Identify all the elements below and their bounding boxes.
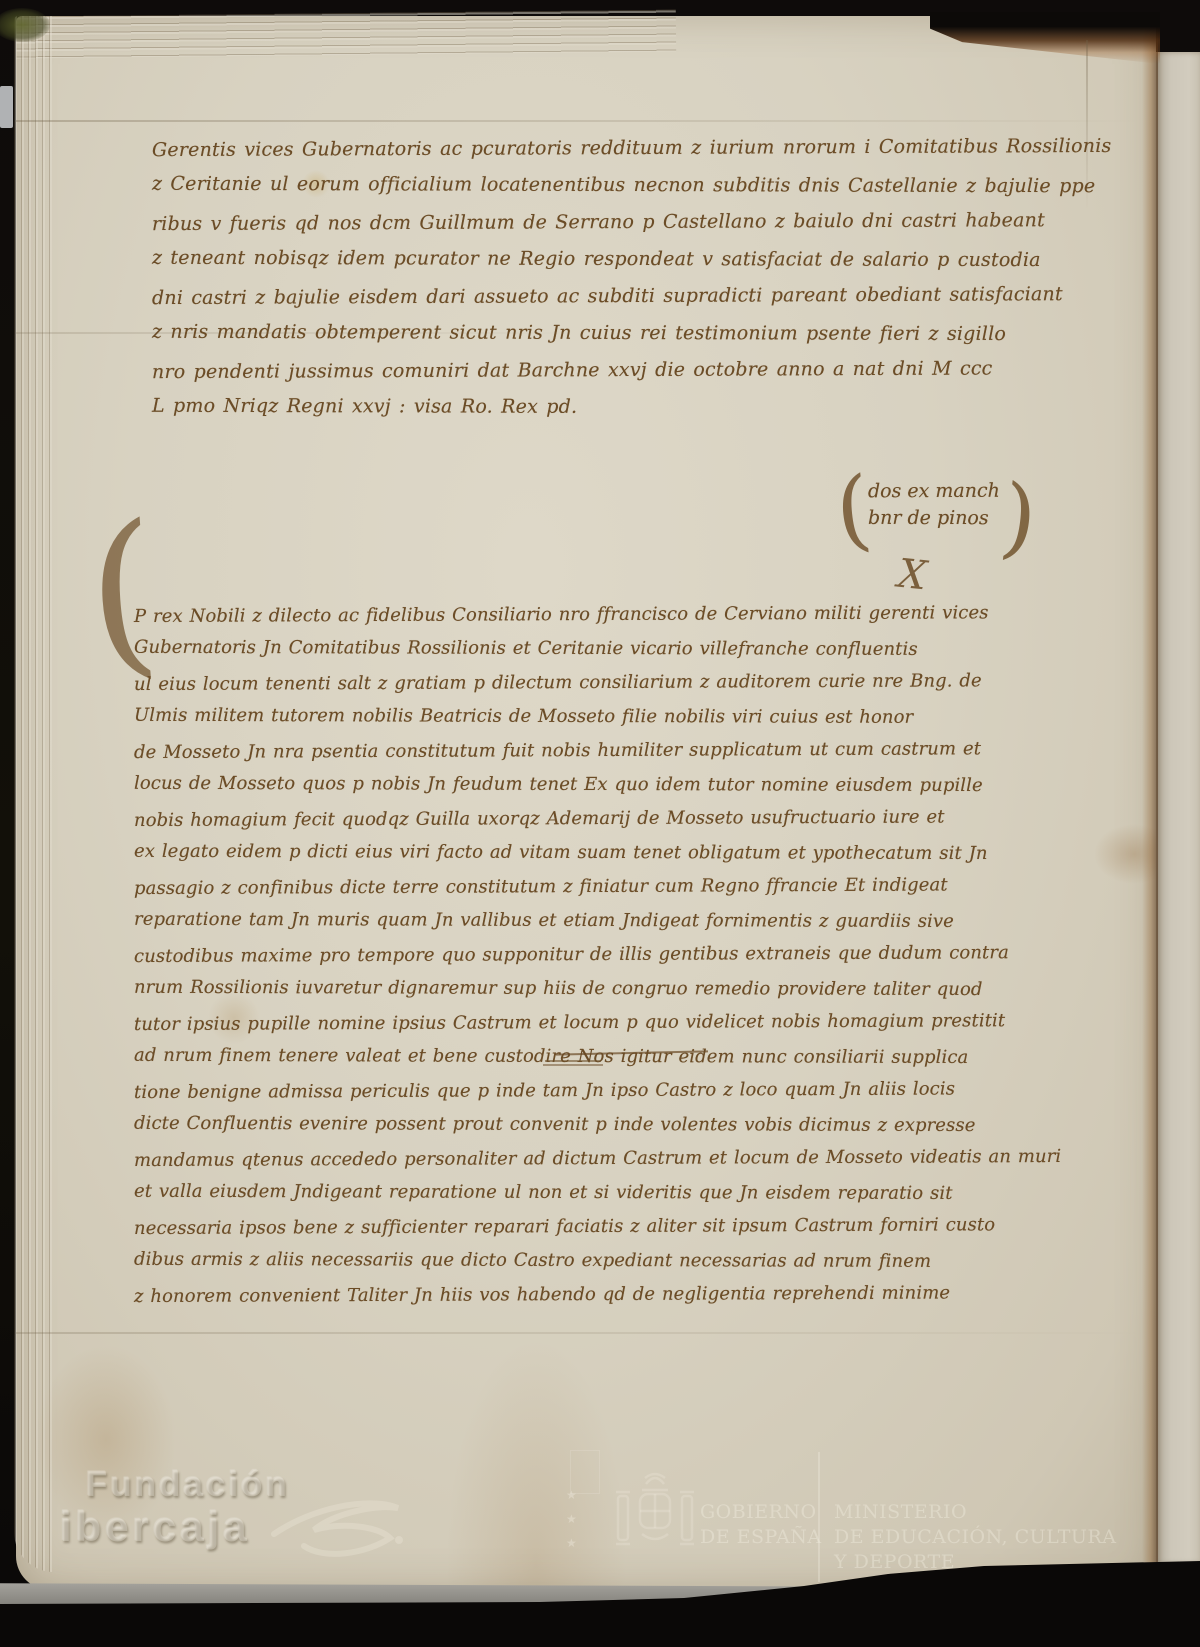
- page-right-edge-shadow: [1142, 20, 1158, 1568]
- manuscript-line: z honorem convenient Taliter Jn hiis vos…: [134, 1276, 1061, 1314]
- fundacion-watermark-line2: ibercaja: [60, 1504, 290, 1550]
- eu-star-icon: ★: [566, 1536, 577, 1550]
- underline-stroke: [543, 1064, 603, 1066]
- crease-line: [16, 1332, 1144, 1334]
- manuscript-line: custodibus maxime pro tempore quo suppon…: [134, 936, 1061, 974]
- manuscript-line: locus de Mosseto quos p nobis Jn feudum …: [134, 767, 1061, 803]
- manuscript-line: de Mosseto Jn nra psentia constitutum fu…: [134, 732, 1061, 770]
- adjacent-page-edge: [1156, 52, 1200, 1564]
- ibercaja-swirl-icon: [268, 1488, 414, 1568]
- margin-note: dos ex manch bnr de pinos: [868, 478, 1000, 532]
- eu-star-icon: ★: [566, 1512, 577, 1526]
- ministerio-line1: MINISTERIO: [834, 1500, 1116, 1525]
- margin-note-line: dos ex manch: [868, 478, 1000, 506]
- manuscript-line: necessaria ipsos bene z sufficienter rep…: [134, 1208, 1061, 1246]
- manuscript-line: dni castri z bajulie eisdem dari assueto…: [152, 276, 1112, 317]
- manuscript-line: dicte Confluentis evenire possent prout …: [134, 1107, 1061, 1143]
- ministerio-watermark-text: MINISTERIO DE EDUCACIÓN, CULTURA Y DEPOR…: [834, 1500, 1116, 1575]
- crease-line: [16, 120, 1144, 122]
- text-block-mandate-letter: P rex Nobili z dilecto ac fidelibus Cons…: [134, 598, 1061, 1312]
- leaf-edges-left: [14, 16, 54, 1572]
- ministerio-line3: Y DEPORTE: [834, 1550, 1116, 1575]
- manuscript-line: reparatione tam Jn muris quam Jn vallibu…: [134, 903, 1061, 939]
- spain-coat-of-arms-icon: [612, 1468, 698, 1568]
- manuscript-line: L pmo Nriqz Regni xxvj : visa Ro. Rex pd…: [152, 388, 1112, 428]
- gobierno-ministerio-watermark: ★ ★ ★ GOBIERNO DE ESPAÑA MINISTERIO DE E…: [562, 1448, 1162, 1628]
- manuscript-line: passagio z confinibus dicte terre consti…: [134, 868, 1061, 906]
- manuscript-line: P rex Nobili z dilecto ac fidelibus Cons…: [134, 596, 1061, 634]
- ministerio-line2: DE EDUCACIÓN, CULTURA: [834, 1525, 1116, 1550]
- eu-star-icon: ★: [566, 1488, 577, 1502]
- section-flourish-mark: X: [896, 551, 929, 600]
- fundacion-ibercaja-watermark: Fundación ibercaja: [60, 1466, 290, 1550]
- manuscript-line: dibus armis z aliis necessariis que dict…: [134, 1243, 1061, 1279]
- manuscript-line: nrum Rossilionis iuvaretur dignaremur su…: [134, 971, 1061, 1007]
- manuscript-photo: Gerentis vices Gubernatoris ac pcuratori…: [0, 0, 1200, 1647]
- manuscript-line: Gubernatoris Jn Comitatibus Rossilionis …: [134, 631, 1061, 667]
- gobierno-line1: GOBIERNO: [700, 1500, 822, 1525]
- manuscript-line: z teneant nobisqz idem pcurator ne Regio…: [152, 240, 1112, 280]
- manuscript-line: z nris mandatis obtemperent sicut nris J…: [152, 314, 1112, 354]
- manuscript-line: mandamus qtenus accededo personaliter ad…: [134, 1140, 1061, 1178]
- manuscript-line: et valla eiusdem Jndigeant reparatione u…: [134, 1175, 1061, 1211]
- manuscript-line: z Ceritanie ul eorum officialium locaten…: [152, 166, 1112, 206]
- fundacion-watermark-line1: Fundación: [86, 1466, 290, 1504]
- manuscript-line: tione benigne admissa periculis que p in…: [134, 1072, 1061, 1110]
- margin-note-line: bnr de pinos: [868, 505, 1000, 532]
- leaf-edges-top: [16, 10, 676, 59]
- manuscript-line: Gerentis vices Gubernatoris ac pcuratori…: [152, 128, 1112, 169]
- watermark-divider-line: [818, 1452, 820, 1582]
- manuscript-line: nobis homagium fecit quodqz Guilla uxorq…: [134, 800, 1061, 838]
- gobierno-line2: DE ESPAÑA: [700, 1525, 822, 1550]
- left-edge-sliver: [0, 86, 13, 128]
- manuscript-line: ex legato eidem p dicti eius viri facto …: [134, 835, 1061, 871]
- manuscript-line: ad nrum finem tenere valeat et bene cust…: [134, 1039, 1061, 1075]
- manuscript-line: Ulmis militem tutorem nobilis Beatricis …: [134, 699, 1061, 735]
- manuscript-line: ul eius locum tenenti salt z gratiam p d…: [134, 664, 1061, 702]
- gobierno-watermark-text: GOBIERNO DE ESPAÑA: [700, 1500, 822, 1550]
- manuscript-line: ribus v fueris qd nos dcm Guillmum de Se…: [152, 202, 1112, 243]
- underline-stroke: [545, 1060, 601, 1062]
- manuscript-line: nro pendenti jussimus comuniri dat Barch…: [152, 350, 1112, 391]
- text-block-royal-letter: Gerentis vices Gubernatoris ac pcuratori…: [152, 130, 1111, 426]
- manuscript-line: tutor ipsius pupille nomine ipsius Castr…: [134, 1004, 1061, 1042]
